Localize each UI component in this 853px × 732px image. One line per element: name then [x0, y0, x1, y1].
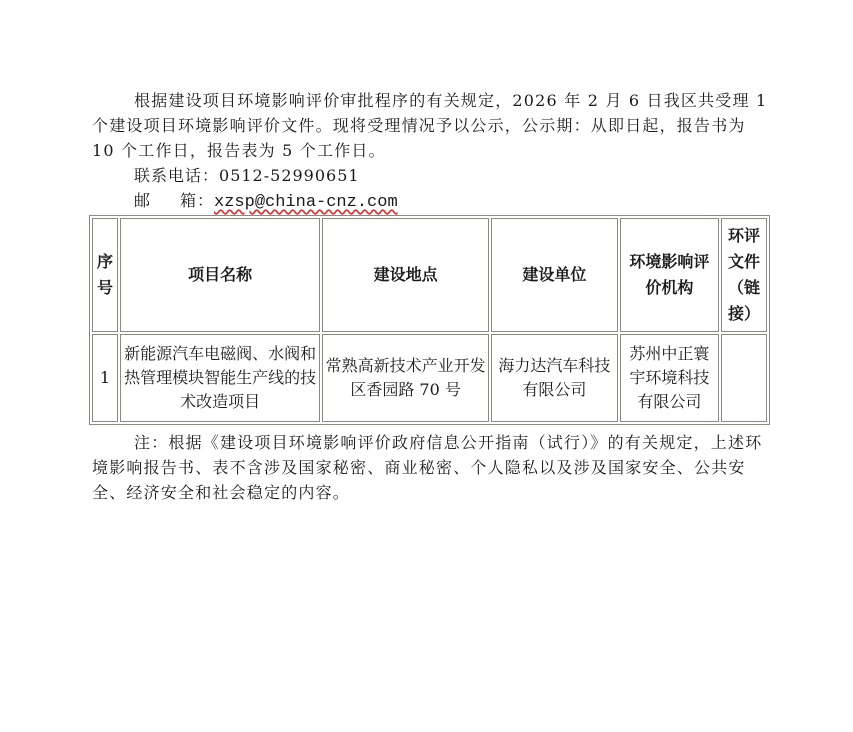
- cell-eia-agency: 苏州中正寰宇环境科技有限公司: [620, 334, 719, 422]
- table-row: 1 新能源汽车电磁阀、水阀和热管理模块智能生产线的技术改造项目 常熟高新技术产业…: [92, 334, 767, 422]
- phone-label: 联系电话：: [134, 166, 219, 185]
- table-header-row: 序号 项目名称 建设地点 建设单位 环境影响评价机构 环评文件（链接）: [92, 218, 767, 332]
- email-label-2: 箱：: [180, 191, 214, 210]
- note-paragraph: 注：根据《建设项目环境影响评价政府信息公开指南（试行）》的有关规定，上述环境影响…: [92, 430, 772, 505]
- cell-location: 常熟高新技术产业开发区香园路 70 号: [322, 334, 489, 422]
- intro-paragraph: 根据建设项目环境影响评价审批程序的有关规定，2026 年 2 月 6 日我区共受…: [92, 88, 772, 163]
- cell-builder: 海力达汽车科技有限公司: [491, 334, 618, 422]
- project-table: 序号 项目名称 建设地点 建设单位 环境影响评价机构 环评文件（链接） 1 新能…: [89, 215, 770, 425]
- phone-number: 0512-52990651: [219, 166, 360, 185]
- header-no: 序号: [92, 218, 118, 332]
- contact-email: 邮箱：xzsp@china-cnz.com: [134, 188, 398, 215]
- contact-phone: 联系电话：0512-52990651: [134, 163, 360, 188]
- email-label-1: 邮: [134, 188, 180, 213]
- cell-no: 1: [92, 334, 118, 422]
- header-eia-agency: 环境影响评价机构: [620, 218, 719, 332]
- header-project-name: 项目名称: [120, 218, 320, 332]
- header-eia-file-link: 环评文件（链接）: [721, 218, 767, 332]
- email-address[interactable]: xzsp@china-cnz.com: [214, 193, 398, 212]
- header-builder: 建设单位: [491, 218, 618, 332]
- cell-project-name: 新能源汽车电磁阀、水阀和热管理模块智能生产线的技术改造项目: [120, 334, 320, 422]
- header-location: 建设地点: [322, 218, 489, 332]
- cell-eia-file-link[interactable]: [721, 334, 767, 422]
